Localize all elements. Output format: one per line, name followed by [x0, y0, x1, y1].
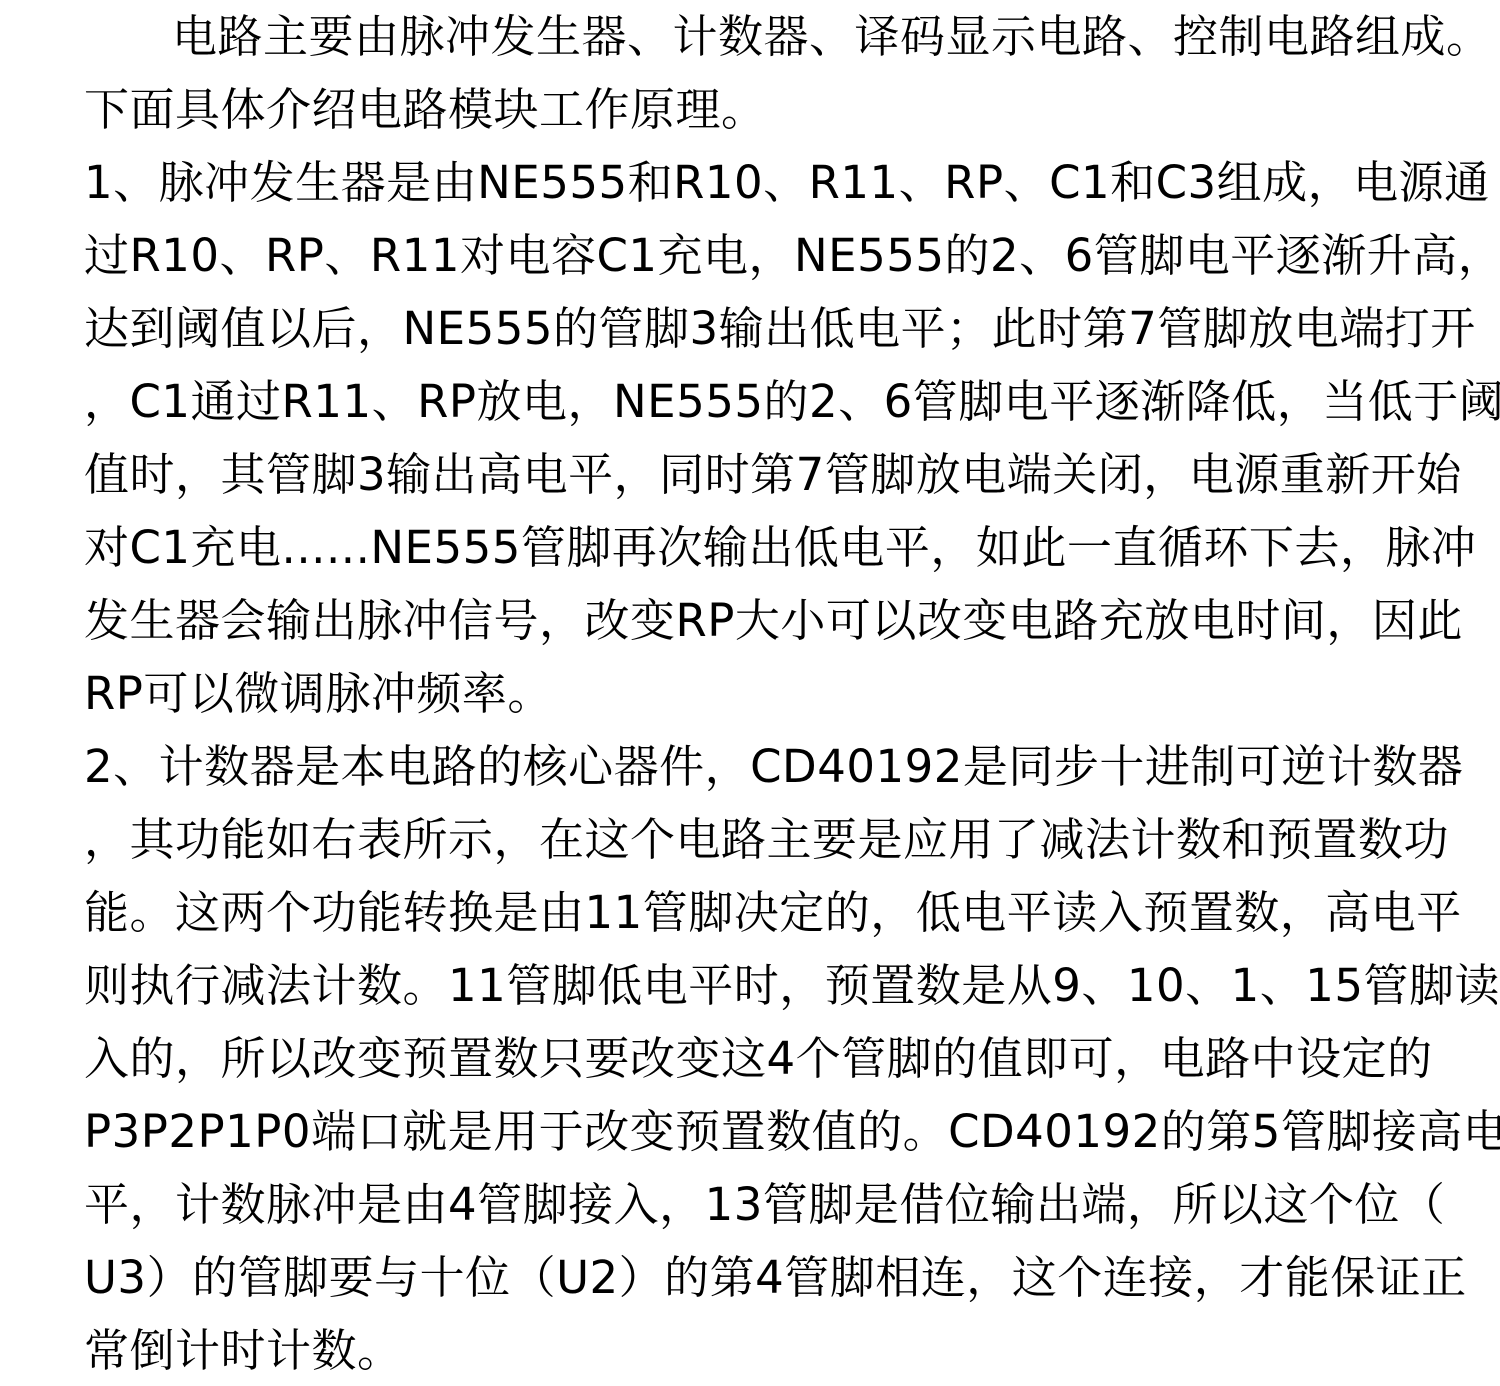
text-line: 能。这两个功能转换是由11管脚决定的，低电平读入预置数，高电平	[84, 876, 1420, 949]
text-line: 对C1充电......NE555管脚再次输出低电平，如此一直循环下去，脉冲	[84, 511, 1420, 584]
text-line: ，其功能如右表所示，在这个电路主要是应用了减法计数和预置数功	[84, 803, 1420, 876]
text-line: 2、计数器是本电路的核心器件，CD40192是同步十进制可逆计数器	[84, 730, 1420, 803]
text-line: U3）的管脚要与十位（U2）的第4管脚相连，这个连接，才能保证正	[84, 1241, 1420, 1314]
text-line: 电路主要由脉冲发生器、计数器、译码显示电路、控制电路组成。	[84, 0, 1420, 73]
text-line: 入的，所以改变预置数只要改变这4个管脚的值即可，电路中设定的	[84, 1022, 1420, 1095]
text-line: 下面具体介绍电路模块工作原理。	[84, 73, 1420, 146]
text-line: 过R10、RP、R11对电容C1充电，NE555的2、6管脚电平逐渐升高，	[84, 219, 1420, 292]
text-line: 值时，其管脚3输出高电平，同时第7管脚放电端关闭，电源重新开始	[84, 438, 1420, 511]
text-line: 达到阈值以后，NE555的管脚3输出低电平；此时第7管脚放电端打开	[84, 292, 1420, 365]
document-page: 电路主要由脉冲发生器、计数器、译码显示电路、控制电路组成。下面具体介绍电路模块工…	[0, 0, 1500, 1386]
text-line: P3P2P1P0端口就是用于改变预置数值的。CD40192的第5管脚接高电	[84, 1095, 1420, 1168]
text-line: 平，计数脉冲是由4管脚接入，13管脚是借位输出端，所以这个位（	[84, 1168, 1420, 1241]
text-line: 常倒计时计数。	[84, 1314, 1420, 1386]
text-line: 1、脉冲发生器是由NE555和R10、R11、RP、C1和C3组成，电源通	[84, 146, 1420, 219]
text-line: 发生器会输出脉冲信号，改变RP大小可以改变电路充放电时间，因此	[84, 584, 1420, 657]
text-line: RP可以微调脉冲频率。	[84, 657, 1420, 730]
text-line: 则执行减法计数。11管脚低电平时，预置数是从9、10、1、15管脚读	[84, 949, 1420, 1022]
text-line: ，C1通过R11、RP放电，NE555的2、6管脚电平逐渐降低，当低于阈	[84, 365, 1420, 438]
